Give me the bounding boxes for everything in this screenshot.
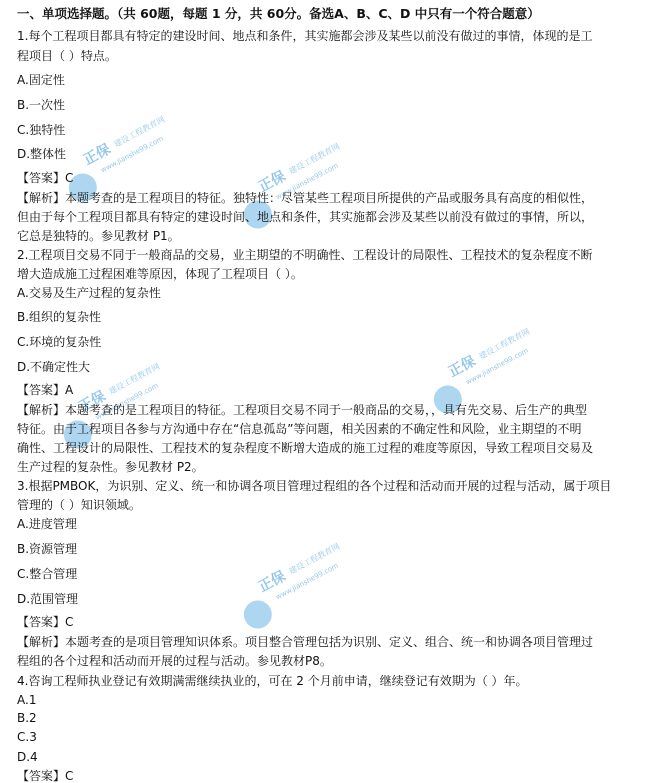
question-1-stem-line-1: 1.每个工程项目都具有特定的建设时间、地点和条件，其实施都会涉及某些以前没有做过… <box>17 28 592 44</box>
question-3-analysis-line-1: 【解析】本题考查的是项目管理知识体系。项目整合管理包括为识别、定义、组合、统一和… <box>17 634 593 650</box>
svg-text:www.jianshe99.com: www.jianshe99.com <box>464 347 530 387</box>
svg-text:建设工程教育网: 建设工程教育网 <box>112 114 166 149</box>
question-1-option-d: D.整体性 <box>17 146 66 162</box>
question-2-answer: 【答案】A <box>17 382 73 398</box>
question-2-analysis-line-3: 确性、工程设计的局限性、工程技术的复杂程度不断增大造成的施工过程的难度等原因，导… <box>17 440 593 456</box>
question-4-stem-line-1: 4.咨询工程师执业登记有效期满需继续执业的，可在 2 个月前申请，继续登记有效期… <box>17 673 528 689</box>
exam-document: 正保建设工程教育网www.jianshe99.com 正保建设工程教育网www.… <box>0 0 650 783</box>
question-1-option-b: B.一次性 <box>17 97 65 113</box>
question-2-stem-line-1: 2.工程项目交易不同于一般商品的交易，业主期望的不明确性、工程设计的局限性、工程… <box>17 247 592 263</box>
question-3-option-d: D.范围管理 <box>17 591 78 607</box>
question-1-analysis-line-2: 但由于每个工程项目都具有特定的建设时间、地点和条件，其实施都会涉及某些以前没有做… <box>17 209 593 225</box>
question-2-analysis-line-4: 生产过程的复杂性。参见教材 P2。 <box>17 459 204 475</box>
svg-text:建设工程教育网: 建设工程教育网 <box>287 141 341 176</box>
svg-text:www.jianshe99.com: www.jianshe99.com <box>274 562 340 602</box>
question-4-answer: 【答案】C <box>17 768 73 783</box>
question-2-stem-line-2: 增大造成施工过程困难等原因，体现了工程项目（ ）。 <box>17 266 303 282</box>
svg-text:建设工程教育网: 建设工程教育网 <box>107 361 161 396</box>
question-1-analysis-line-1: 【解析】本题考查的是工程项目的特征。独特性：尽管某些工程项目所提供的产品或服务具… <box>17 190 593 206</box>
question-2-option-b: B.组织的复杂性 <box>17 309 101 325</box>
question-3-answer: 【答案】C <box>17 614 73 630</box>
question-3-stem-line-2: 管理的（ ）知识领域。 <box>17 497 141 513</box>
question-1-stem-line-2: 程项目（ ）特点。 <box>17 48 117 64</box>
question-2-analysis-line-1: 【解析】本题考查的是工程项目的特征。工程项目交易不同于一般商品的交易，，具有先交… <box>17 402 587 418</box>
svg-text:正保: 正保 <box>446 352 479 380</box>
question-3-option-c: C.整合管理 <box>17 566 77 582</box>
question-1-option-c: C.独特性 <box>17 122 65 138</box>
watermark-logo: 正保建设工程教育网www.jianshe99.com <box>221 519 369 642</box>
question-1-analysis-line-3: 它总是独特的。参见教材 P1。 <box>17 228 180 244</box>
svg-text:建设工程教育网: 建设工程教育网 <box>477 326 531 361</box>
question-4-option-c: C.3 <box>17 729 37 745</box>
svg-text:建设工程教育网: 建设工程教育网 <box>287 541 341 576</box>
question-3-stem-line-1: 3.根据PMBOK，为识别、定义、统一和协调各项目管理过程组的各个过程和活动而开… <box>17 478 611 494</box>
svg-text:正保: 正保 <box>256 567 289 595</box>
question-4-option-a: A.1 <box>17 692 36 708</box>
question-3-option-b: B.资源管理 <box>17 541 77 557</box>
question-1-option-a: A.固定性 <box>17 72 65 88</box>
question-3-option-a: A.进度管理 <box>17 516 77 532</box>
section-heading: 一、单项选择题。（共 60题，每题 1 分，共 60分。备选A、B、C、D 中只… <box>17 6 540 22</box>
question-2-analysis-line-2: 特征。由于工程项目各参与方沟通中存在“信息孤岛”等问题，相关因素的不确定性和风险… <box>17 421 581 437</box>
question-2-option-d: D.不确定性大 <box>17 359 90 375</box>
question-4-option-d: D.4 <box>17 749 38 765</box>
question-2-option-a: A.交易及生产过程的复杂性 <box>17 285 161 301</box>
question-3-analysis-line-2: 程组的各个过程和活动而开展的过程与活动。参见教材P8。 <box>17 653 332 669</box>
svg-text:正保: 正保 <box>81 140 114 168</box>
question-4-option-b: B.2 <box>17 710 37 726</box>
svg-text:www.jianshe99.com: www.jianshe99.com <box>99 135 165 175</box>
question-2-option-c: C.环境的复杂性 <box>17 334 101 350</box>
question-1-answer: 【答案】C <box>17 170 73 186</box>
